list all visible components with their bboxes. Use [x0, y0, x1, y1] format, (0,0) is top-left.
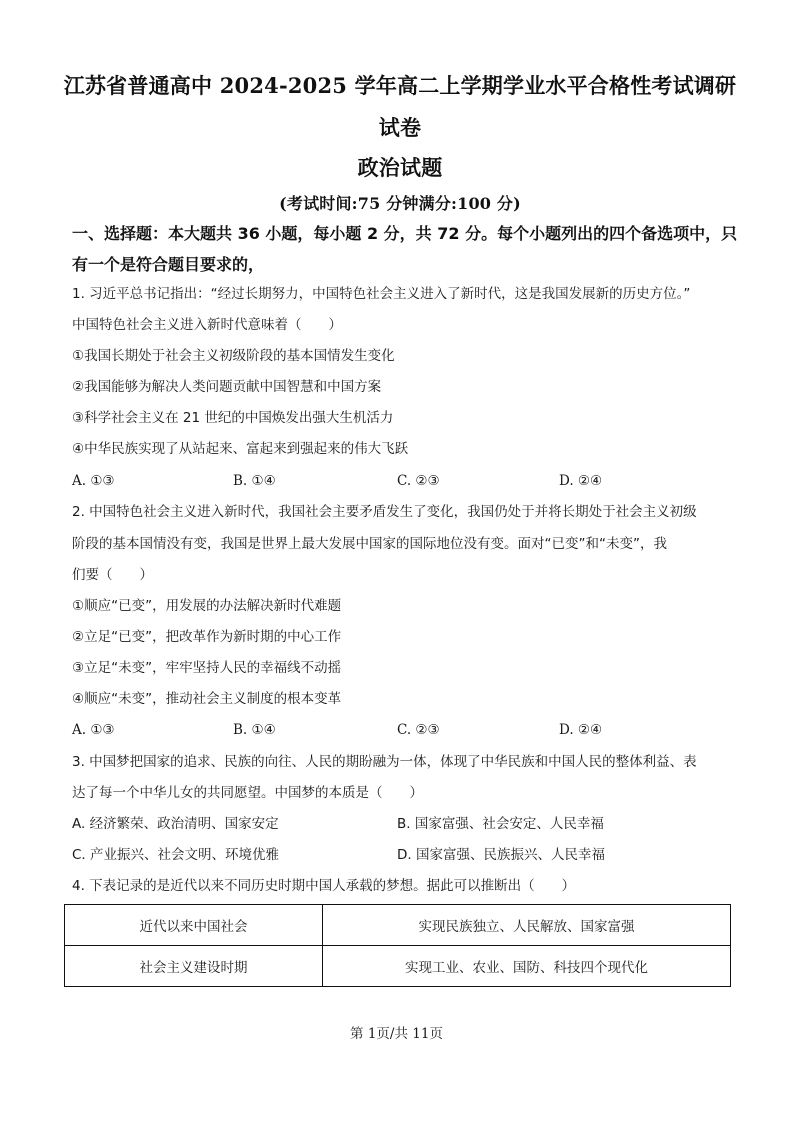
table-cell-period: 近代以来中国社会	[65, 905, 323, 946]
table-row: 社会主义建设时期 实现工业、农业、国防、科技四个现代化	[65, 946, 731, 987]
question-stem-line: 阶段的基本国情没有变，我国是世界上最大发展中国家的国际地位没有变。面对“已变”和…	[72, 534, 667, 554]
table-cell-dream: 实现民族独立、人民解放、国家富强	[323, 905, 731, 946]
section-heading-line1: 一、选择题：本大题共 36 小题，每小题 2 分，共 72 分。每个小题列出的四…	[72, 218, 732, 249]
statement-4: ④中华民族实现了从站起来、富起来到强起来的伟大飞跃	[72, 439, 408, 459]
statement-2: ②立足“已变”，把改革作为新时期的中心工作	[72, 627, 341, 647]
option-b: B. ①④	[233, 720, 276, 740]
option-c: C. ②③	[397, 720, 440, 740]
question-stem-line: 3. 中国梦把国家的追求、民族的向往、人民的期盼融为一体，体现了中华民族和中国人…	[72, 752, 697, 772]
question-stem-line: 2. 中国特色社会主义进入新时代，我国社会主要矛盾发生了变化，我国仍处于并将长期…	[72, 502, 697, 522]
option-d: D. ②④	[559, 471, 602, 491]
table-cell-period: 社会主义建设时期	[65, 946, 323, 987]
exam-title-line1: 江苏省普通高中 2024-2025 学年高二上学期学业水平合格性考试调研	[60, 70, 740, 100]
exam-page: 江苏省普通高中 2024-2025 学年高二上学期学业水平合格性考试调研 试卷 …	[0, 0, 793, 1122]
statement-3: ③立足“未变”，牢牢坚持人民的幸福线不动摇	[72, 658, 341, 678]
option-b: B. 国家富强、社会安定、人民幸福	[397, 814, 604, 834]
option-d: D. 国家富强、民族振兴、人民幸福	[397, 845, 605, 865]
statement-1: ①我国长期处于社会主义初级阶段的基本国情发生变化	[72, 346, 395, 366]
statement-2: ②我国能够为解决人类问题贡献中国智慧和中国方案	[72, 377, 381, 397]
dream-table: 近代以来中国社会 实现民族独立、人民解放、国家富强 社会主义建设时期 实现工业、…	[64, 904, 731, 987]
question-stem-line: 1. 习近平总书记指出：“经过长期努力，中国特色社会主义进入了新时代，这是我国发…	[72, 284, 690, 304]
option-c: C. 产业振兴、社会文明、环境优雅	[72, 845, 279, 865]
option-a: A. ①③	[72, 720, 115, 740]
question-stem-line: 中国特色社会主义进入新时代意味着（ ）	[72, 315, 342, 335]
exam-info: (考试时间:75 分钟满分:100 分)	[60, 191, 740, 214]
section-heading-line2: 有一个是符合题目要求的，	[72, 249, 732, 280]
option-b: B. ①④	[233, 471, 276, 491]
option-d: D. ②④	[559, 720, 602, 740]
statement-1: ①顺应“已变”，用发展的办法解决新时代难题	[72, 596, 341, 616]
statement-3: ③科学社会主义在 21 世纪的中国焕发出强大生机活力	[72, 408, 393, 428]
table-row: 近代以来中国社会 实现民族独立、人民解放、国家富强	[65, 905, 731, 946]
option-a: A. ①③	[72, 471, 115, 491]
statement-4: ④顺应“未变”，推动社会主义制度的根本变革	[72, 689, 341, 709]
question-stem-line: 达了每一个中华儿女的共同愿望。中国梦的本质是（ ）	[72, 783, 423, 803]
question-stem-line: 4. 下表记录的是近代以来不同历史时期中国人承载的梦想。据此可以推断出（ ）	[72, 876, 575, 896]
table-cell-dream: 实现工业、农业、国防、科技四个现代化	[323, 946, 731, 987]
option-c: C. ②③	[397, 471, 440, 491]
option-a: A. 经济繁荣、政治清明、国家安定	[72, 814, 279, 834]
subject-title: 政治试题	[60, 152, 740, 182]
question-stem-line: 们要（ ）	[72, 565, 153, 585]
page-indicator: 第 1页/共 11页	[0, 1022, 793, 1042]
section-heading: 一、选择题：本大题共 36 小题，每小题 2 分，共 72 分。每个小题列出的四…	[72, 218, 732, 280]
exam-title-line2: 试卷	[60, 112, 740, 142]
